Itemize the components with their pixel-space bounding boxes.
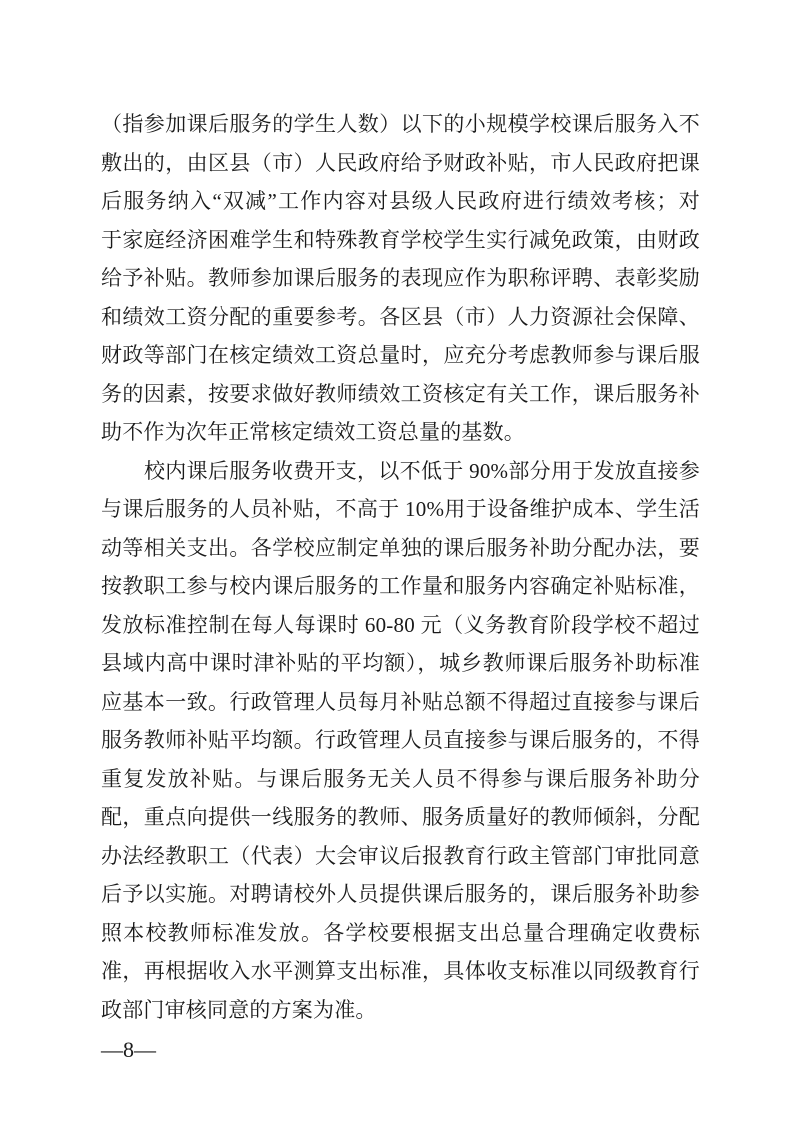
text-line: 于家庭经济困难学生和特殊教育学校学生实行减免政策，由财政 <box>101 221 700 260</box>
text-line: 财政等部门在核定绩效工资总量时，应充分考虑教师参与课后服 <box>101 336 700 375</box>
text-line: 办法经教职工（代表）大会审议后报教育行政主管部门审批同意 <box>101 837 700 876</box>
text-line: 后服务纳入“双减”工作内容对县级人民政府进行绩效考核；对 <box>101 182 700 221</box>
text-line: 敷出的，由区县（市）人民政府给予财政补贴，市人民政府把课 <box>101 144 700 183</box>
page-number: —8— <box>101 1036 156 1064</box>
document-body: （指参加课后服务的学生人数）以下的小规模学校课后服务入不 敷出的，由区县（市）人… <box>101 105 700 1029</box>
text-line: 照本校教师标准发放。各学校要根据支出总量合理确定收费标 <box>101 914 700 953</box>
text-line: 给予补贴。教师参加课后服务的表现应作为职称评聘、表彰奖励 <box>101 259 700 298</box>
text-line: 发放标准控制在每人每课时 60-80 元（义务教育阶段学校不超过 <box>101 606 700 645</box>
paragraph-2: 校内课后服务收费开支，以不低于 90%部分用于发放直接参 与课后服务的人员补贴，… <box>101 452 700 1030</box>
text-line: 后予以实施。对聘请校外人员提供课后服务的，课后服务补助参 <box>101 875 700 914</box>
text-line: 与课后服务的人员补贴，不高于 10%用于设备维护成本、学生活 <box>101 490 700 529</box>
text-line: 准，再根据收入水平测算支出标准，具体收支标准以同级教育行 <box>101 952 700 991</box>
text-line: 服务教师补贴平均额。行政管理人员直接参与课后服务的，不得 <box>101 721 700 760</box>
paragraph-1: （指参加课后服务的学生人数）以下的小规模学校课后服务入不 敷出的，由区县（市）人… <box>101 105 700 452</box>
text-line: 应基本一致。行政管理人员每月补贴总额不得超过直接参与课后 <box>101 683 700 722</box>
text-line: 助不作为次年正常核定绩效工资总量的基数。 <box>101 413 700 452</box>
text-line: 务的因素，按要求做好教师绩效工资核定有关工作，课后服务补 <box>101 375 700 414</box>
text-line: 政部门审核同意的方案为准。 <box>101 991 700 1030</box>
text-line: 配，重点向提供一线服务的教师、服务质量好的教师倾斜，分配 <box>101 798 700 837</box>
text-line: 和绩效工资分配的重要参考。各区县（市）人力资源社会保障、 <box>101 298 700 337</box>
text-line: （指参加课后服务的学生人数）以下的小规模学校课后服务入不 <box>101 105 700 144</box>
text-line: 县域内高中课时津补贴的平均额），城乡教师课后服务补助标准 <box>101 644 700 683</box>
text-line: 重复发放补贴。与课后服务无关人员不得参与课后服务补助分 <box>101 760 700 799</box>
document-page: （指参加课后服务的学生人数）以下的小规模学校课后服务入不 敷出的，由区县（市）人… <box>0 0 793 1122</box>
text-line: 动等相关支出。各学校应制定单独的课后服务补助分配办法，要 <box>101 529 700 568</box>
text-line: 校内课后服务收费开支，以不低于 90%部分用于发放直接参 <box>101 452 700 491</box>
text-line: 按教职工参与校内课后服务的工作量和服务内容确定补贴标准， <box>101 567 700 606</box>
